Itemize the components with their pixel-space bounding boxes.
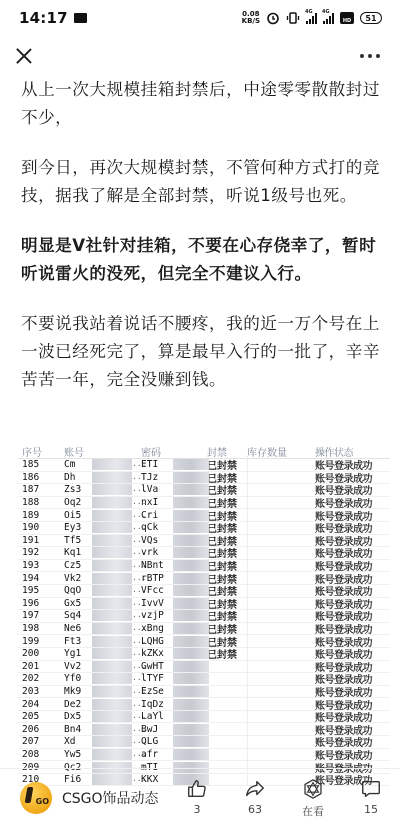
soldier-silhouette-icon — [25, 787, 34, 803]
cell-password: BwJ — [139, 724, 207, 735]
account-prefix: Dx5 — [64, 711, 81, 722]
cell-password: LQHG — [139, 636, 207, 647]
account-prefix: Yw5 — [64, 749, 81, 760]
cell-account: Kq1... — [62, 547, 139, 558]
cell-password: GwHT — [139, 661, 207, 672]
account-prefix: Zs3 — [64, 484, 81, 495]
account-prefix: Dh — [64, 472, 75, 483]
redacted-blur — [173, 459, 209, 470]
redacted-blur — [173, 648, 209, 659]
cell-account: QqO... — [62, 585, 139, 596]
account-prefix: Yg1 — [64, 648, 81, 659]
cell-stock — [247, 472, 315, 484]
password-prefix: rBTP — [141, 573, 164, 584]
password-prefix: VFcc — [141, 585, 164, 596]
account-prefix: Vv2 — [64, 661, 81, 672]
cell-account: Yw5... — [62, 749, 139, 760]
redacted-blur — [173, 522, 209, 533]
account-prefix: Kq1 — [64, 547, 81, 558]
redacted-blur — [173, 724, 209, 735]
account-prefix: Gx5 — [64, 598, 81, 609]
cell-no: 199 — [18, 636, 62, 647]
hd-voice-icon: HD — [340, 12, 354, 24]
redacted-blur — [92, 673, 132, 684]
redacted-blur — [92, 736, 132, 747]
redacted-blur — [92, 484, 132, 495]
cell-no: 186 — [18, 472, 62, 483]
password-prefix: EzSe — [141, 686, 164, 697]
cell-password: VQs — [139, 535, 207, 546]
comment-count: 15 — [364, 803, 378, 816]
account-prefix: Oq2 — [64, 497, 81, 508]
cell-no: 190 — [18, 522, 62, 533]
password-prefix: ETI — [141, 459, 158, 470]
password-prefix: lVa — [141, 484, 158, 495]
redacted-blur — [173, 699, 209, 710]
redacted-blur — [173, 547, 209, 558]
account-prefix: QqO — [64, 585, 81, 596]
cell-stock — [247, 547, 315, 559]
notification-app-icon — [74, 13, 87, 23]
cell-stock — [247, 648, 315, 660]
cell-no: 205 — [18, 711, 62, 722]
redacted-blur — [92, 648, 132, 659]
cell-stock — [247, 560, 315, 572]
redacted-blur — [173, 661, 209, 672]
status-bar: 14:17 0.08 KB/S 4G 4G HD 51 — [0, 0, 400, 36]
password-prefix: BwJ — [141, 724, 158, 735]
redacted-blur — [92, 699, 132, 710]
channel-avatar[interactable]: GO — [20, 782, 52, 814]
account-prefix: Xd — [64, 736, 75, 747]
paragraph-2: 到今日，再次大规模封禁，不管何种方式打的竞技，据我了解是全部封禁，听说1级号也死… — [21, 154, 381, 210]
cell-password: IqDz — [139, 699, 207, 710]
cell-password: lVa — [139, 484, 207, 495]
like-button[interactable]: 3 — [168, 778, 226, 819]
password-prefix: qCk — [141, 522, 158, 533]
cell-no: 192 — [18, 547, 62, 558]
cell-password: QLG — [139, 736, 207, 747]
cell-ban-status: 已封禁 — [207, 646, 247, 661]
redacted-blur — [92, 724, 132, 735]
cell-no: 206 — [18, 724, 62, 735]
cell-account: Mk9... — [62, 686, 139, 697]
password-prefix: IqDz — [141, 699, 164, 710]
redacted-blur — [92, 535, 132, 546]
cell-account: Vv2... — [62, 661, 139, 672]
redacted-blur — [92, 636, 132, 647]
top-nav — [0, 36, 400, 76]
cell-no: 185 — [18, 459, 62, 470]
cell-account: Yf0... — [62, 673, 139, 684]
watching-label: 在看 — [302, 803, 324, 819]
redacted-blur — [173, 673, 209, 684]
cell-no: 204 — [18, 699, 62, 710]
account-prefix: Mk9 — [64, 686, 81, 697]
redacted-blur — [92, 522, 132, 533]
account-prefix: De2 — [64, 699, 81, 710]
cell-stock — [247, 711, 315, 723]
cell-no: 195 — [18, 585, 62, 596]
cell-stock — [247, 484, 315, 496]
cell-stock — [247, 598, 315, 610]
cell-stock — [247, 585, 315, 597]
cell-account: Xd... — [62, 736, 139, 747]
redacted-blur — [173, 585, 209, 596]
cell-stock — [247, 610, 315, 622]
redacted-blur — [173, 472, 209, 483]
cell-no: 198 — [18, 623, 62, 634]
redacted-blur — [92, 711, 132, 722]
account-table-image[interactable]: 序号 账号 密码 封禁 库存数量 操作状态 185Cm...ETI已封禁账号登录… — [18, 445, 390, 751]
vibrate-icon — [286, 11, 300, 25]
redacted-blur — [173, 560, 209, 571]
redacted-blur — [92, 610, 132, 621]
redacted-blur — [173, 484, 209, 495]
cell-password: rBTP — [139, 573, 207, 584]
cell-password: ETI — [139, 459, 207, 470]
password-prefix: vzjP — [141, 610, 164, 621]
header-account: 账号 — [62, 444, 139, 459]
account-prefix: Oi5 — [64, 510, 81, 521]
cell-password: lTYF — [139, 673, 207, 684]
redacted-blur — [92, 661, 132, 672]
redacted-blur — [173, 497, 209, 508]
thumbs-up-icon — [186, 778, 208, 800]
cell-account: Gx5... — [62, 598, 139, 609]
password-prefix: VQs — [141, 535, 158, 546]
alarm-icon — [266, 11, 280, 25]
cell-no: 208 — [18, 749, 62, 760]
cell-no: 196 — [18, 598, 62, 609]
cell-account: Vk2... — [62, 573, 139, 584]
cell-account: Sq4... — [62, 610, 139, 621]
cell-stock — [247, 673, 315, 685]
cell-stock — [247, 736, 315, 748]
redacted-blur — [92, 573, 132, 584]
paragraph-3: 明显是V社针对挂箱，不要在心存侥幸了，暂时听说雷火的没死，但完全不建议入行。 — [21, 232, 381, 288]
cell-no: 189 — [18, 510, 62, 521]
redacted-blur — [173, 598, 209, 609]
cell-no: 187 — [18, 484, 62, 495]
channel-name[interactable]: CSGO饰品动态 — [62, 788, 159, 808]
redacted-blur — [92, 459, 132, 470]
account-prefix: Ne6 — [64, 623, 81, 634]
password-prefix: GwHT — [141, 661, 164, 672]
header-stock: 库存数量 — [247, 445, 315, 458]
redacted-blur — [92, 560, 132, 571]
cell-password: vzjP — [139, 610, 207, 621]
cell-account: Oq2... — [62, 497, 139, 508]
cell-password: VFcc — [139, 585, 207, 596]
cell-no: 202 — [18, 673, 62, 684]
redacted-blur — [92, 623, 132, 634]
redacted-blur — [92, 598, 132, 609]
cell-password: afr — [139, 749, 207, 760]
redacted-blur — [92, 510, 132, 521]
account-prefix: Vk2 — [64, 573, 81, 584]
close-icon[interactable] — [14, 46, 34, 66]
header-password: 密码 — [139, 444, 207, 459]
cell-stock — [247, 635, 315, 647]
comment-button[interactable]: 15 — [342, 778, 400, 819]
cell-password: IvvV — [139, 598, 207, 609]
status-icons: 0.08 KB/S 4G 4G HD 51 — [242, 11, 382, 25]
redacted-blur — [173, 535, 209, 546]
paragraph-1: 从上一次大规模挂箱封禁后，中途零零散散封过不少， — [21, 76, 381, 132]
signal-strength-icon-sim1: 4G — [306, 12, 317, 24]
account-prefix: Yf0 — [64, 673, 81, 684]
table-body: 185Cm...ETI已封禁账号登录成功186Dh...TJz已封禁账号登录成功… — [18, 459, 390, 786]
cell-password: kZKx — [139, 648, 207, 659]
cell-no: 201 — [18, 661, 62, 672]
cell-stock — [247, 661, 315, 673]
cell-no: 194 — [18, 573, 62, 584]
watching-icon — [302, 778, 324, 800]
cell-stock — [247, 686, 315, 698]
cell-stock — [247, 572, 315, 584]
comment-icon — [360, 778, 382, 800]
cell-stock — [247, 723, 315, 735]
network-speed: 0.08 KB/S — [242, 11, 260, 25]
password-prefix: LQHG — [141, 636, 164, 647]
cell-account: Dh... — [62, 472, 139, 483]
redacted-blur — [173, 636, 209, 647]
redacted-blur — [173, 510, 209, 521]
cell-account: Tf5... — [62, 535, 139, 546]
cell-stock — [247, 623, 315, 635]
cell-account: Ft3... — [62, 636, 139, 647]
cell-password: EzSe — [139, 686, 207, 697]
redacted-blur — [173, 711, 209, 722]
password-prefix: afr — [141, 749, 158, 760]
account-prefix: Ft3 — [64, 636, 81, 647]
footer-bar: GO CSGO饰品动态 3 63 在看 15 — [0, 768, 400, 827]
password-prefix: TJz — [141, 472, 158, 483]
article-body: 从上一次大规模挂箱封禁后，中途零零散散封过不少， 到今日，再次大规模封禁，不管何… — [21, 76, 381, 416]
password-prefix: vrk — [141, 547, 158, 558]
paragraph-4: 不要说我站着说话不腰疼，我的近一万个号在上一波已经死完了，算是最早入行的一批了，… — [21, 310, 381, 394]
password-prefix: kZKx — [141, 648, 164, 659]
password-prefix: QLG — [141, 736, 158, 747]
redacted-blur — [92, 472, 132, 483]
cell-account: Ne6... — [62, 623, 139, 634]
account-prefix: Sq4 — [64, 610, 81, 621]
cell-account: Dx5... — [62, 711, 139, 722]
password-prefix: LaYl — [141, 711, 164, 722]
cell-no: 197 — [18, 610, 62, 621]
cell-no: 188 — [18, 497, 62, 508]
cell-account: Oi5... — [62, 510, 139, 521]
cell-stock — [247, 749, 315, 761]
cell-password: xBng — [139, 623, 207, 634]
cell-no: 207 — [18, 736, 62, 747]
redacted-blur — [92, 585, 132, 596]
action-bar: 3 63 在看 15 — [168, 778, 400, 819]
signal-strength-icon-sim2: 4G — [323, 12, 334, 24]
cell-account: De2... — [62, 699, 139, 710]
account-prefix: Cm — [64, 459, 75, 470]
redacted-blur — [173, 736, 209, 747]
cell-stock — [247, 509, 315, 521]
avatar-go-text: GO — [36, 797, 49, 806]
password-prefix: IvvV — [141, 598, 164, 609]
status-time: 14:17 — [19, 9, 68, 27]
share-icon — [244, 778, 266, 800]
cell-password: qCk — [139, 522, 207, 533]
cell-no: 193 — [18, 560, 62, 571]
cell-password: Cri — [139, 510, 207, 521]
cell-no: 200 — [18, 648, 62, 659]
battery-icon: 51 — [360, 12, 382, 24]
cell-stock — [247, 535, 315, 547]
cell-account: Yg1... — [62, 648, 139, 659]
share-button[interactable]: 63 — [226, 778, 284, 819]
cell-stock — [247, 459, 315, 471]
password-prefix: lTYF — [141, 673, 164, 684]
net-speed-unit: KB/S — [242, 18, 260, 25]
cell-password: vrk — [139, 547, 207, 558]
account-prefix: Cz5 — [64, 560, 81, 571]
redacted-blur — [92, 547, 132, 558]
password-prefix: NBnt — [141, 560, 164, 571]
cell-account: Bn4... — [62, 724, 139, 735]
cell-account: Ey3... — [62, 522, 139, 533]
redacted-blur — [92, 749, 132, 760]
cell-no: 203 — [18, 686, 62, 697]
watching-button[interactable]: 在看 — [284, 778, 342, 819]
cell-stock — [247, 698, 315, 710]
more-options-icon[interactable] — [360, 54, 386, 58]
redacted-blur — [173, 623, 209, 634]
password-prefix: Cri — [141, 510, 158, 521]
cell-stock — [247, 522, 315, 534]
like-count: 3 — [194, 803, 201, 816]
account-prefix: Bn4 — [64, 724, 81, 735]
account-prefix: Tf5 — [64, 535, 81, 546]
account-prefix: Ey3 — [64, 522, 81, 533]
redacted-blur — [173, 573, 209, 584]
cell-account: Zs3... — [62, 484, 139, 495]
cell-password: LaYl — [139, 711, 207, 722]
redacted-blur — [92, 497, 132, 508]
cell-account: Cz5... — [62, 560, 139, 571]
redacted-blur — [173, 749, 209, 760]
cell-no: 191 — [18, 535, 62, 546]
cell-password: NBnt — [139, 560, 207, 571]
redacted-blur — [92, 686, 132, 697]
cell-password: nxI — [139, 497, 207, 508]
header-no: 序号 — [18, 444, 62, 459]
cell-account: Cm... — [62, 459, 139, 470]
redacted-blur — [173, 610, 209, 621]
cell-password: TJz — [139, 472, 207, 483]
password-prefix: nxI — [141, 497, 158, 508]
password-prefix: xBng — [141, 623, 164, 634]
share-count: 63 — [248, 803, 262, 816]
cell-stock — [247, 497, 315, 509]
redacted-blur — [173, 686, 209, 697]
